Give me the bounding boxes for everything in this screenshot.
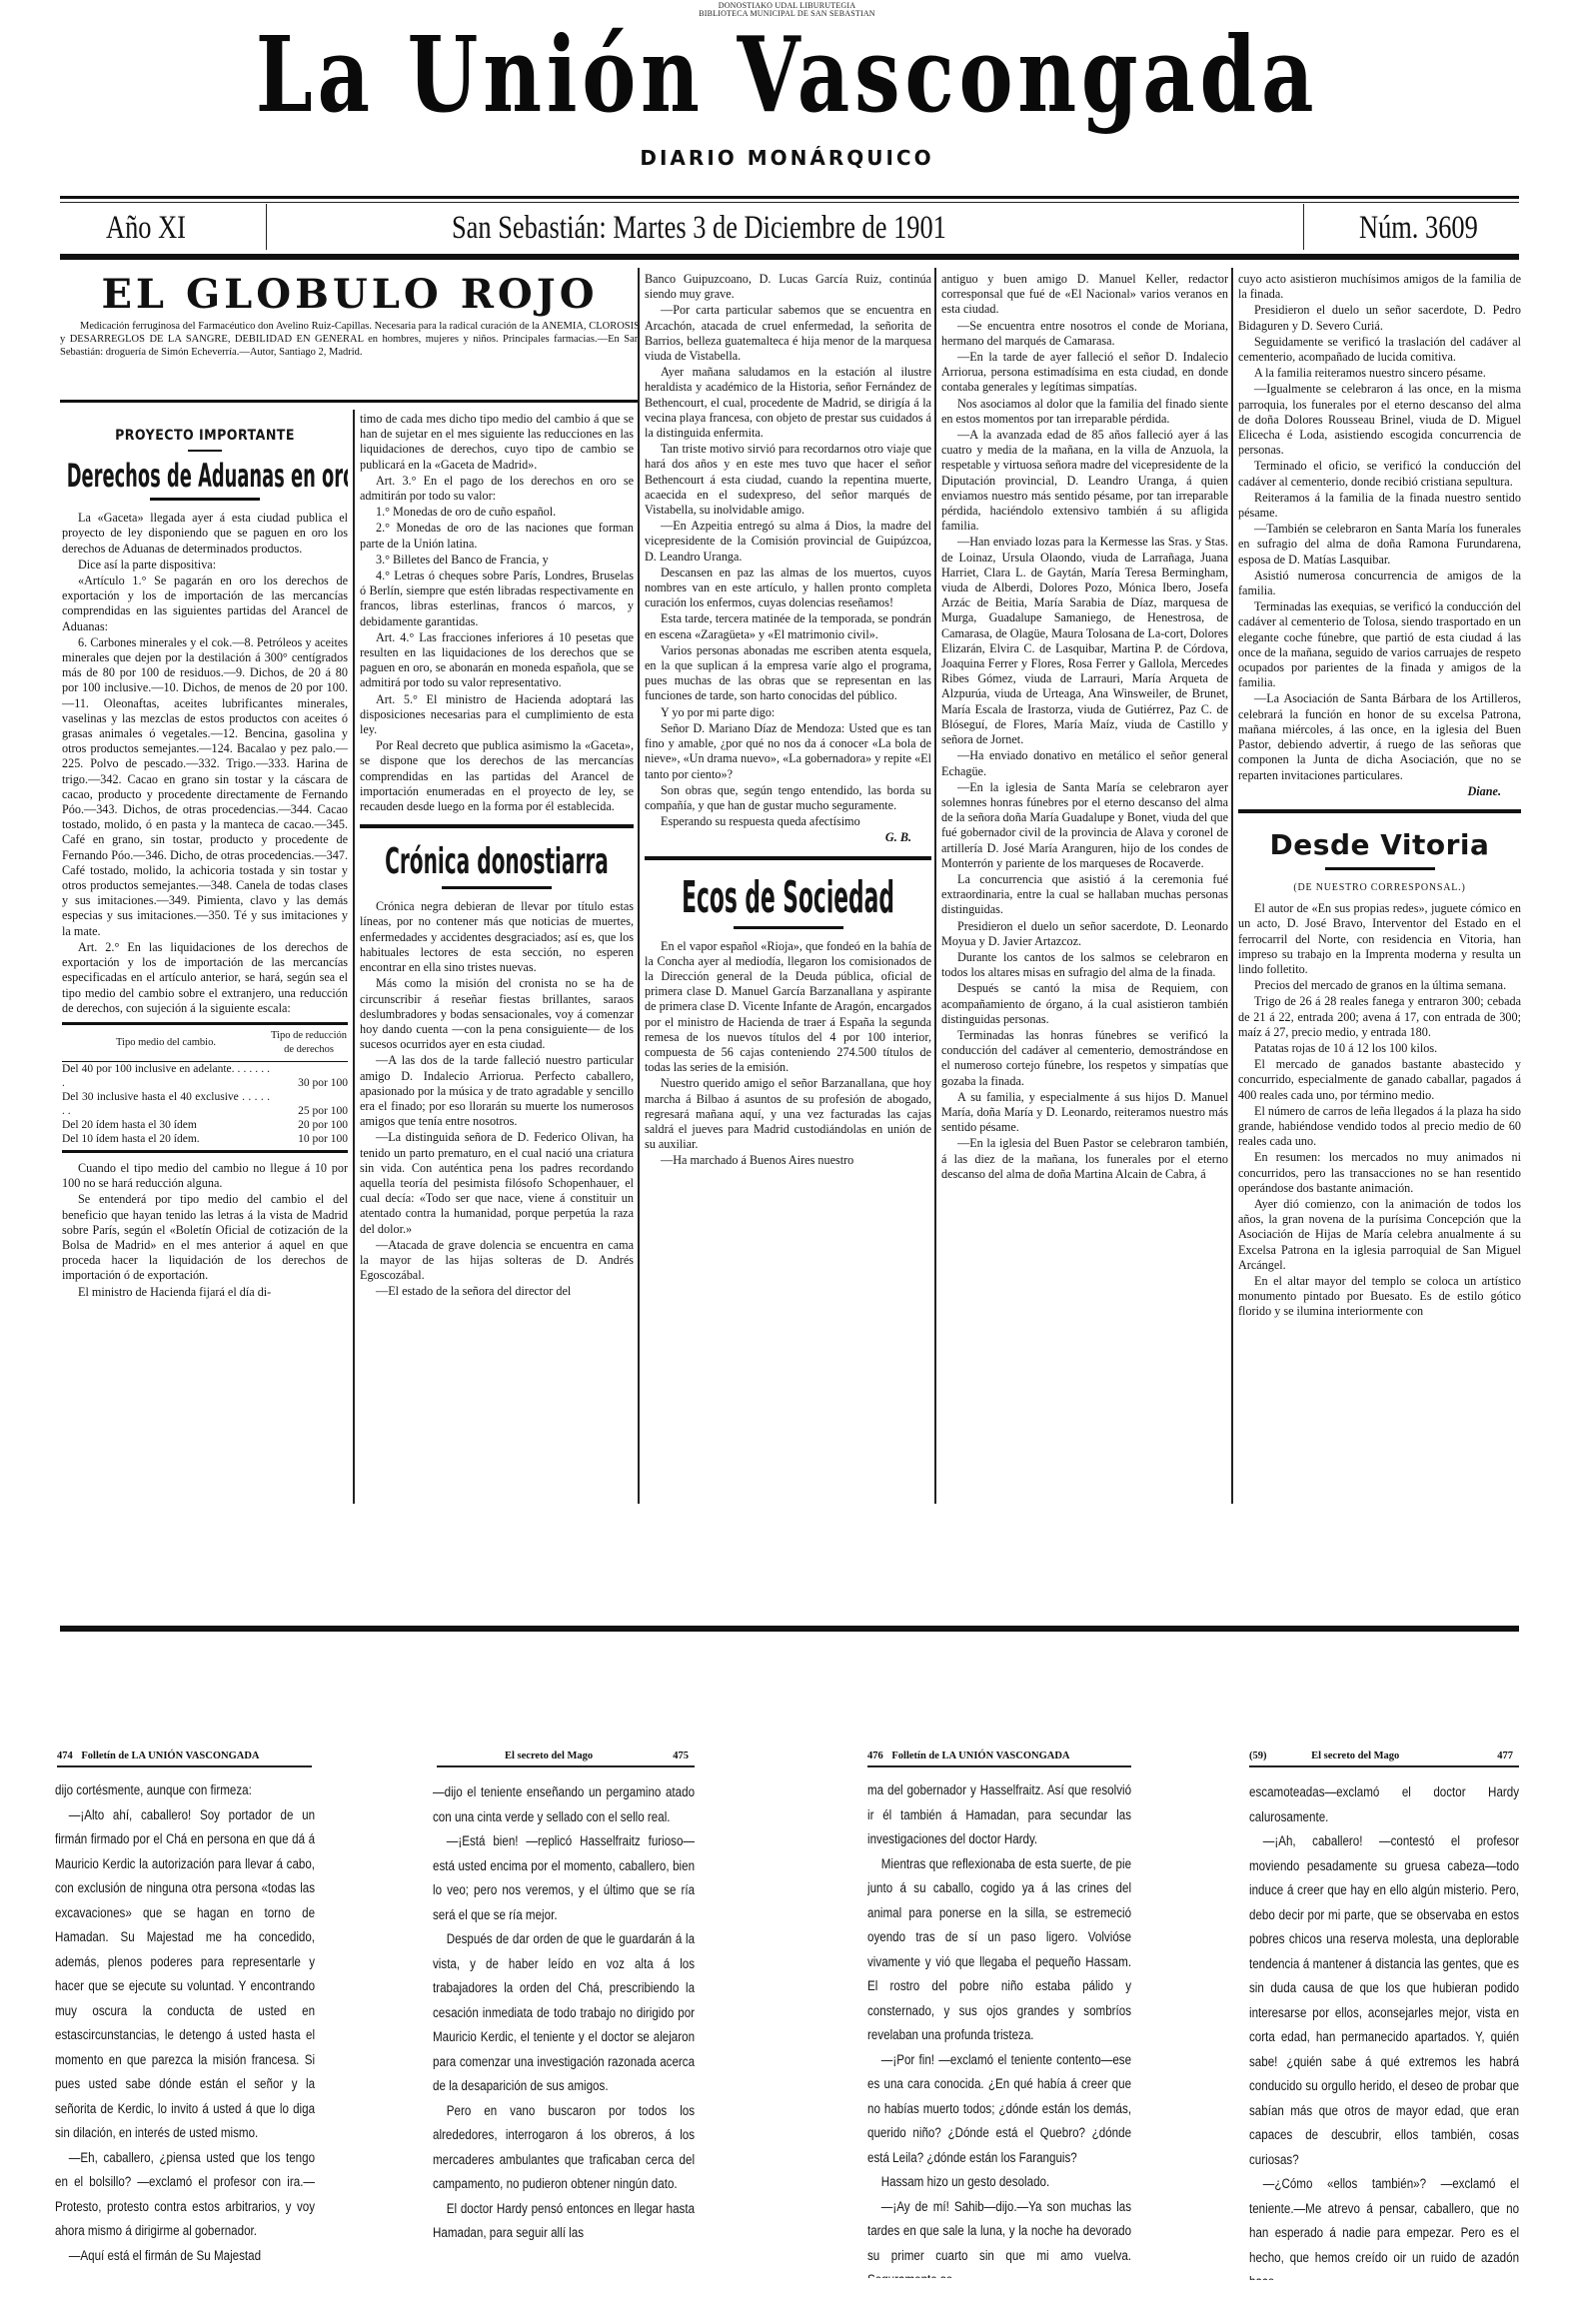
folletin-header: (59) El secreto del Mago 477 bbox=[1249, 1750, 1519, 1767]
section-headline: Desde Vitoria bbox=[1238, 827, 1521, 863]
paragraph: En resumen: los mercados no muy animados… bbox=[1238, 1150, 1521, 1196]
paragraph: Terminadas las exequias, se verificó la … bbox=[1238, 599, 1521, 690]
page-bottom-rule bbox=[60, 1626, 1519, 1632]
ad-bottom-rule bbox=[60, 400, 640, 403]
paragraph: Hassam hizo un gesto desolado. bbox=[867, 2170, 1131, 2195]
paragraph: La «Gaceta» llegada ayer á esta ciudad p… bbox=[62, 511, 348, 557]
divider bbox=[150, 498, 260, 501]
dateline: Año XI San Sebastián: Martes 3 de Diciem… bbox=[60, 204, 1519, 252]
column-4: antiguo y buen amigo D. Manuel Keller, r… bbox=[941, 272, 1228, 1511]
paragraph: —¡Ay de mí! Sahib—dijo.—Ya son muchas la… bbox=[867, 2195, 1131, 2279]
paragraph: 1.° Monedas de oro de cuño español. bbox=[360, 505, 634, 520]
paragraph: Presidieron el duelo un señor sacerdote,… bbox=[941, 919, 1228, 949]
table-row: Del 40 por 100 inclusive en adelante. . … bbox=[62, 1061, 348, 1090]
paragraph: —A las dos de la tarde falleció nuestro … bbox=[360, 1053, 634, 1129]
paragraph: El mercado de ganados bastante abastecid… bbox=[1238, 1057, 1521, 1103]
paragraph: Pero en vano buscaron por todos los alre… bbox=[433, 2099, 695, 2197]
paragraph: A la familia reiteramos nuestro sincero … bbox=[1238, 366, 1521, 381]
paragraph: —A la avanzada edad de 85 años falleció … bbox=[941, 428, 1228, 534]
signature: Diane. bbox=[1238, 784, 1521, 799]
paragraph: —Ha enviado donativo en metálico el seño… bbox=[941, 748, 1228, 778]
paragraph: —Eh, caballero, ¿piensa usted que los te… bbox=[55, 2146, 315, 2244]
paragraph: El doctor Hardy pensó entonces en llegar… bbox=[433, 2197, 695, 2246]
reduction-scale-table: Tipo medio del cambio. Tipo de reducción… bbox=[62, 1022, 348, 1153]
ad-title: EL GLOBULO ROJO bbox=[60, 272, 640, 318]
section-divider bbox=[1238, 809, 1521, 813]
issue-date: San Sebastián: Martes 3 de Diciembre de … bbox=[452, 204, 946, 252]
column-2: timo de cada mes dicho tipo medio del ca… bbox=[360, 412, 634, 1511]
paragraph: —Igualmente se celebraron á las once, en… bbox=[1238, 382, 1521, 458]
paragraph: —Atacada de grave dolencia se encuentra … bbox=[360, 1238, 634, 1284]
paragraph: Art. 4.° Las fracciones inferiores á 10 … bbox=[360, 630, 634, 691]
paragraph: —También se celebraron en Santa María lo… bbox=[1238, 522, 1521, 568]
paragraph: Terminado el oficio, se verificó la cond… bbox=[1238, 459, 1521, 489]
paragraph: 6. Carbones minerales y el cok.—8. Petró… bbox=[62, 635, 348, 939]
column-divider bbox=[638, 268, 640, 1504]
divider bbox=[442, 886, 552, 889]
divider bbox=[734, 926, 843, 929]
paragraph: —La Asociación de Santa Bárbara de los A… bbox=[1238, 691, 1521, 782]
byline: (DE NUESTRO CORRESPONSAL.) bbox=[1238, 880, 1521, 895]
divider bbox=[188, 450, 222, 452]
folletin-header: El secreto del Mago 475 bbox=[437, 1750, 695, 1767]
paragraph: Y yo por mi parte digo: bbox=[645, 705, 931, 720]
paragraph: Cuando el tipo medio del cambio no llegu… bbox=[62, 1161, 348, 1191]
paragraph: Nos asociamos al dolor que la familia de… bbox=[941, 397, 1228, 427]
paragraph: —¡Por fin! —exclamó el teniente contento… bbox=[867, 2048, 1131, 2171]
paragraph: —En la iglesia de Santa María se celebra… bbox=[941, 780, 1228, 871]
paragraph: timo de cada mes dicho tipo medio del ca… bbox=[360, 412, 634, 473]
paragraph: «Artículo 1.° Se pagarán en oro los dere… bbox=[62, 574, 348, 634]
folletin-page-2: —dijo el teniente enseñando un pergamino… bbox=[433, 1780, 695, 2280]
paragraph: Art. 3.° En el pago de los derechos en o… bbox=[360, 474, 634, 504]
paragraph: Patatas rojas de 10 á 12 los 100 kilos. bbox=[1238, 1041, 1521, 1056]
column-divider bbox=[1231, 268, 1233, 1504]
column-divider bbox=[353, 410, 355, 1504]
paragraph: Terminadas las honras fúnebres se verifi… bbox=[941, 1028, 1228, 1089]
paragraph: Trigo de 26 á 28 reales fanega y entraro… bbox=[1238, 994, 1521, 1040]
ad-body: Medicación ferruginosa del Farmacéutico … bbox=[60, 320, 640, 359]
paragraph: El ministro de Hacienda fijará el día di… bbox=[62, 1285, 348, 1300]
dateline-divider bbox=[266, 204, 267, 250]
paragraph: Reiteramos á la familia de la finada nue… bbox=[1238, 491, 1521, 521]
table-row: Del 30 inclusive hasta el 40 exclusive .… bbox=[62, 1090, 348, 1118]
paragraph: Nuestro querido amigo el señor Barzanall… bbox=[645, 1076, 931, 1152]
table-header: Tipo de reducción de derechos bbox=[270, 1023, 348, 1061]
paragraph: Por Real decreto que publica asimismo la… bbox=[360, 738, 634, 814]
section-headline: Ecos de Sociedad bbox=[666, 874, 911, 922]
paragraph: Son obras que, según tengo entendido, la… bbox=[645, 783, 931, 813]
paragraph: —¡Está bien! —replicó Hasselfraitz furio… bbox=[433, 1829, 695, 1927]
paragraph: En el vapor español «Rioja», que fondeó … bbox=[645, 939, 931, 1076]
paragraph: —El estado de la señora del director del bbox=[360, 1284, 634, 1299]
paragraph: —¿Cómo «ellos también»? —exclamó el teni… bbox=[1249, 2172, 1519, 2280]
column-divider bbox=[934, 268, 936, 1504]
paragraph: Precios del mercado de granos en la últi… bbox=[1238, 978, 1521, 993]
year-label: Año XI bbox=[106, 204, 186, 252]
folletin-page-1: dijo cortésmente, aunque con firmeza: —¡… bbox=[55, 1778, 315, 2278]
issue-number: Núm. 3609 bbox=[1359, 204, 1478, 252]
paragraph: La concurrencia que asistió á la ceremon… bbox=[941, 872, 1228, 918]
paragraph: cuyo acto asistieron muchísimos amigos d… bbox=[1238, 272, 1521, 302]
paragraph: —Aquí está el firmán de Su Majestad bbox=[55, 2244, 315, 2269]
paragraph: Banco Guipuzcoano, D. Lucas García Ruiz,… bbox=[645, 272, 931, 302]
paragraph: Presidieron el duelo un señor sacerdote,… bbox=[1238, 303, 1521, 333]
paragraph: Crónica negra debieran de llevar por tít… bbox=[360, 899, 634, 975]
folletin-page-3: ma del gobernador y Hasselfraitz. Así qu… bbox=[867, 1778, 1131, 2278]
paragraph: Dice así la parte dispositiva: bbox=[62, 558, 348, 573]
paragraph: dijo cortésmente, aunque con firmeza: bbox=[55, 1778, 315, 1803]
divider bbox=[1325, 867, 1435, 870]
paragraph: Ayer dió comienzo, con la animación de t… bbox=[1238, 1197, 1521, 1273]
column-3: Banco Guipuzcoano, D. Lucas García Ruiz,… bbox=[645, 272, 931, 1511]
paragraph: —En la iglesia del Buen Pastor se celebr… bbox=[941, 1136, 1228, 1182]
paragraph: Señor D. Mariano Díaz de Mendoza: Usted … bbox=[645, 721, 931, 782]
paragraph: Se entenderá por tipo medio del cambio e… bbox=[62, 1192, 348, 1283]
section-headline: Crónica donostiarra bbox=[362, 842, 631, 882]
paragraph: Esperando su respuesta queda afectísimo bbox=[645, 814, 931, 829]
paragraph: El número de carros de leña llegados á l… bbox=[1238, 1104, 1521, 1150]
dateline-top-thin-rule bbox=[60, 202, 1519, 203]
dateline-bottom-rule bbox=[60, 254, 1519, 260]
paragraph: antiguo y buen amigo D. Manuel Keller, r… bbox=[941, 272, 1228, 318]
paragraph: Después de dar orden de que le guardarán… bbox=[433, 1927, 695, 2099]
table-row: Del 10 ídem hasta el 20 ídem. 10 por 100 bbox=[62, 1132, 348, 1152]
column-1: PROYECTO IMPORTANTE Derechos de Aduanas … bbox=[62, 425, 348, 1514]
paragraph: —Por carta particular sabemos que se enc… bbox=[645, 303, 931, 364]
paragraph: —Han enviado lozas para la Kermesse las … bbox=[941, 535, 1228, 747]
section-divider bbox=[645, 856, 931, 860]
paragraph: —Se encuentra entre nosotros el conde de… bbox=[941, 319, 1228, 349]
paragraph: escamoteadas—exclamó el doctor Hardy cal… bbox=[1249, 1780, 1519, 1829]
article-kicker: PROYECTO IMPORTANTE bbox=[76, 429, 333, 444]
paragraph: Esta tarde, tercera matinée de la tempor… bbox=[645, 611, 931, 641]
article-headline: Derechos de Aduanas en oro bbox=[67, 458, 344, 494]
section-divider bbox=[360, 824, 634, 828]
newspaper-subtitle: DIARIO MONÁRQUICO bbox=[0, 146, 1574, 170]
paragraph: Seguidamente se verificó la traslación d… bbox=[1238, 335, 1521, 365]
paragraph: —¡Alto ahí, caballero! Soy portador de u… bbox=[55, 1803, 315, 2146]
paragraph: Mientras que reflexionaba de esta suerte… bbox=[867, 1852, 1131, 2048]
paragraph: 2.° Monedas de oro de las naciones que f… bbox=[360, 521, 634, 551]
folletin-page-4: escamoteadas—exclamó el doctor Hardy cal… bbox=[1249, 1780, 1519, 2280]
paragraph: Ayer mañana saludamos en la estación al … bbox=[645, 365, 931, 441]
paragraph: Descansen en paz las almas de los muerto… bbox=[645, 566, 931, 611]
paragraph: Varios personas abonadas me escriben ate… bbox=[645, 643, 931, 704]
signature: G. B. bbox=[645, 830, 931, 845]
paragraph: Después se cantó la misa de Requiem, con… bbox=[941, 981, 1228, 1027]
paragraph: En el altar mayor del templo se coloca u… bbox=[1238, 1274, 1521, 1320]
paragraph: Art. 2.° En las liquidaciones de los der… bbox=[62, 940, 348, 1016]
paragraph: Durante los cantos de los salmos se cele… bbox=[941, 950, 1228, 980]
dateline-top-rule bbox=[60, 196, 1519, 199]
paragraph: Art. 5.° El ministro de Hacienda adoptar… bbox=[360, 692, 634, 738]
paragraph: —En Azpeitia entregó su alma á Dios, la … bbox=[645, 519, 931, 565]
newspaper-title: La Unión Vascongada bbox=[173, 20, 1401, 130]
paragraph: —Ha marchado á Buenos Aires nuestro bbox=[645, 1153, 931, 1168]
paragraph: ma del gobernador y Hasselfraitz. Así qu… bbox=[867, 1778, 1131, 1852]
paragraph: El autor de «En sus propias redes», jugu… bbox=[1238, 901, 1521, 977]
table-header: Tipo medio del cambio. bbox=[62, 1023, 270, 1061]
folletin-header: 476 Folletín de LA UNIÓN VASCONGADA bbox=[867, 1750, 1131, 1767]
paragraph: —¡Ah, caballero! —contestó el profesor m… bbox=[1249, 1829, 1519, 2172]
paragraph: 4.° Letras ó cheques sobre París, Londre… bbox=[360, 569, 634, 629]
paragraph: —En la tarde de ayer falleció el señor D… bbox=[941, 350, 1228, 396]
paragraph: 3.° Billetes del Banco de Francia, y bbox=[360, 553, 634, 568]
paragraph: —La distinguida señora de D. Federico Ol… bbox=[360, 1130, 634, 1236]
column-5: cuyo acto asistieron muchísimos amigos d… bbox=[1238, 272, 1521, 1511]
paragraph: Asistió numerosa concurrencia de amigos … bbox=[1238, 569, 1521, 598]
table-row: Del 20 ídem hasta el 30 ídem 20 por 100 bbox=[62, 1118, 348, 1132]
paragraph: Más como la misión del cronista no se ha… bbox=[360, 976, 634, 1052]
paragraph: A su familia, y especialmente á sus hijo… bbox=[941, 1090, 1228, 1136]
folletin-header: 474 Folletín de LA UNIÓN VASCONGADA bbox=[57, 1750, 312, 1767]
paragraph: —dijo el teniente enseñando un pergamino… bbox=[433, 1780, 695, 1829]
dateline-divider bbox=[1303, 204, 1304, 250]
paragraph: Tan triste motivo sirvió para recordarno… bbox=[645, 442, 931, 518]
